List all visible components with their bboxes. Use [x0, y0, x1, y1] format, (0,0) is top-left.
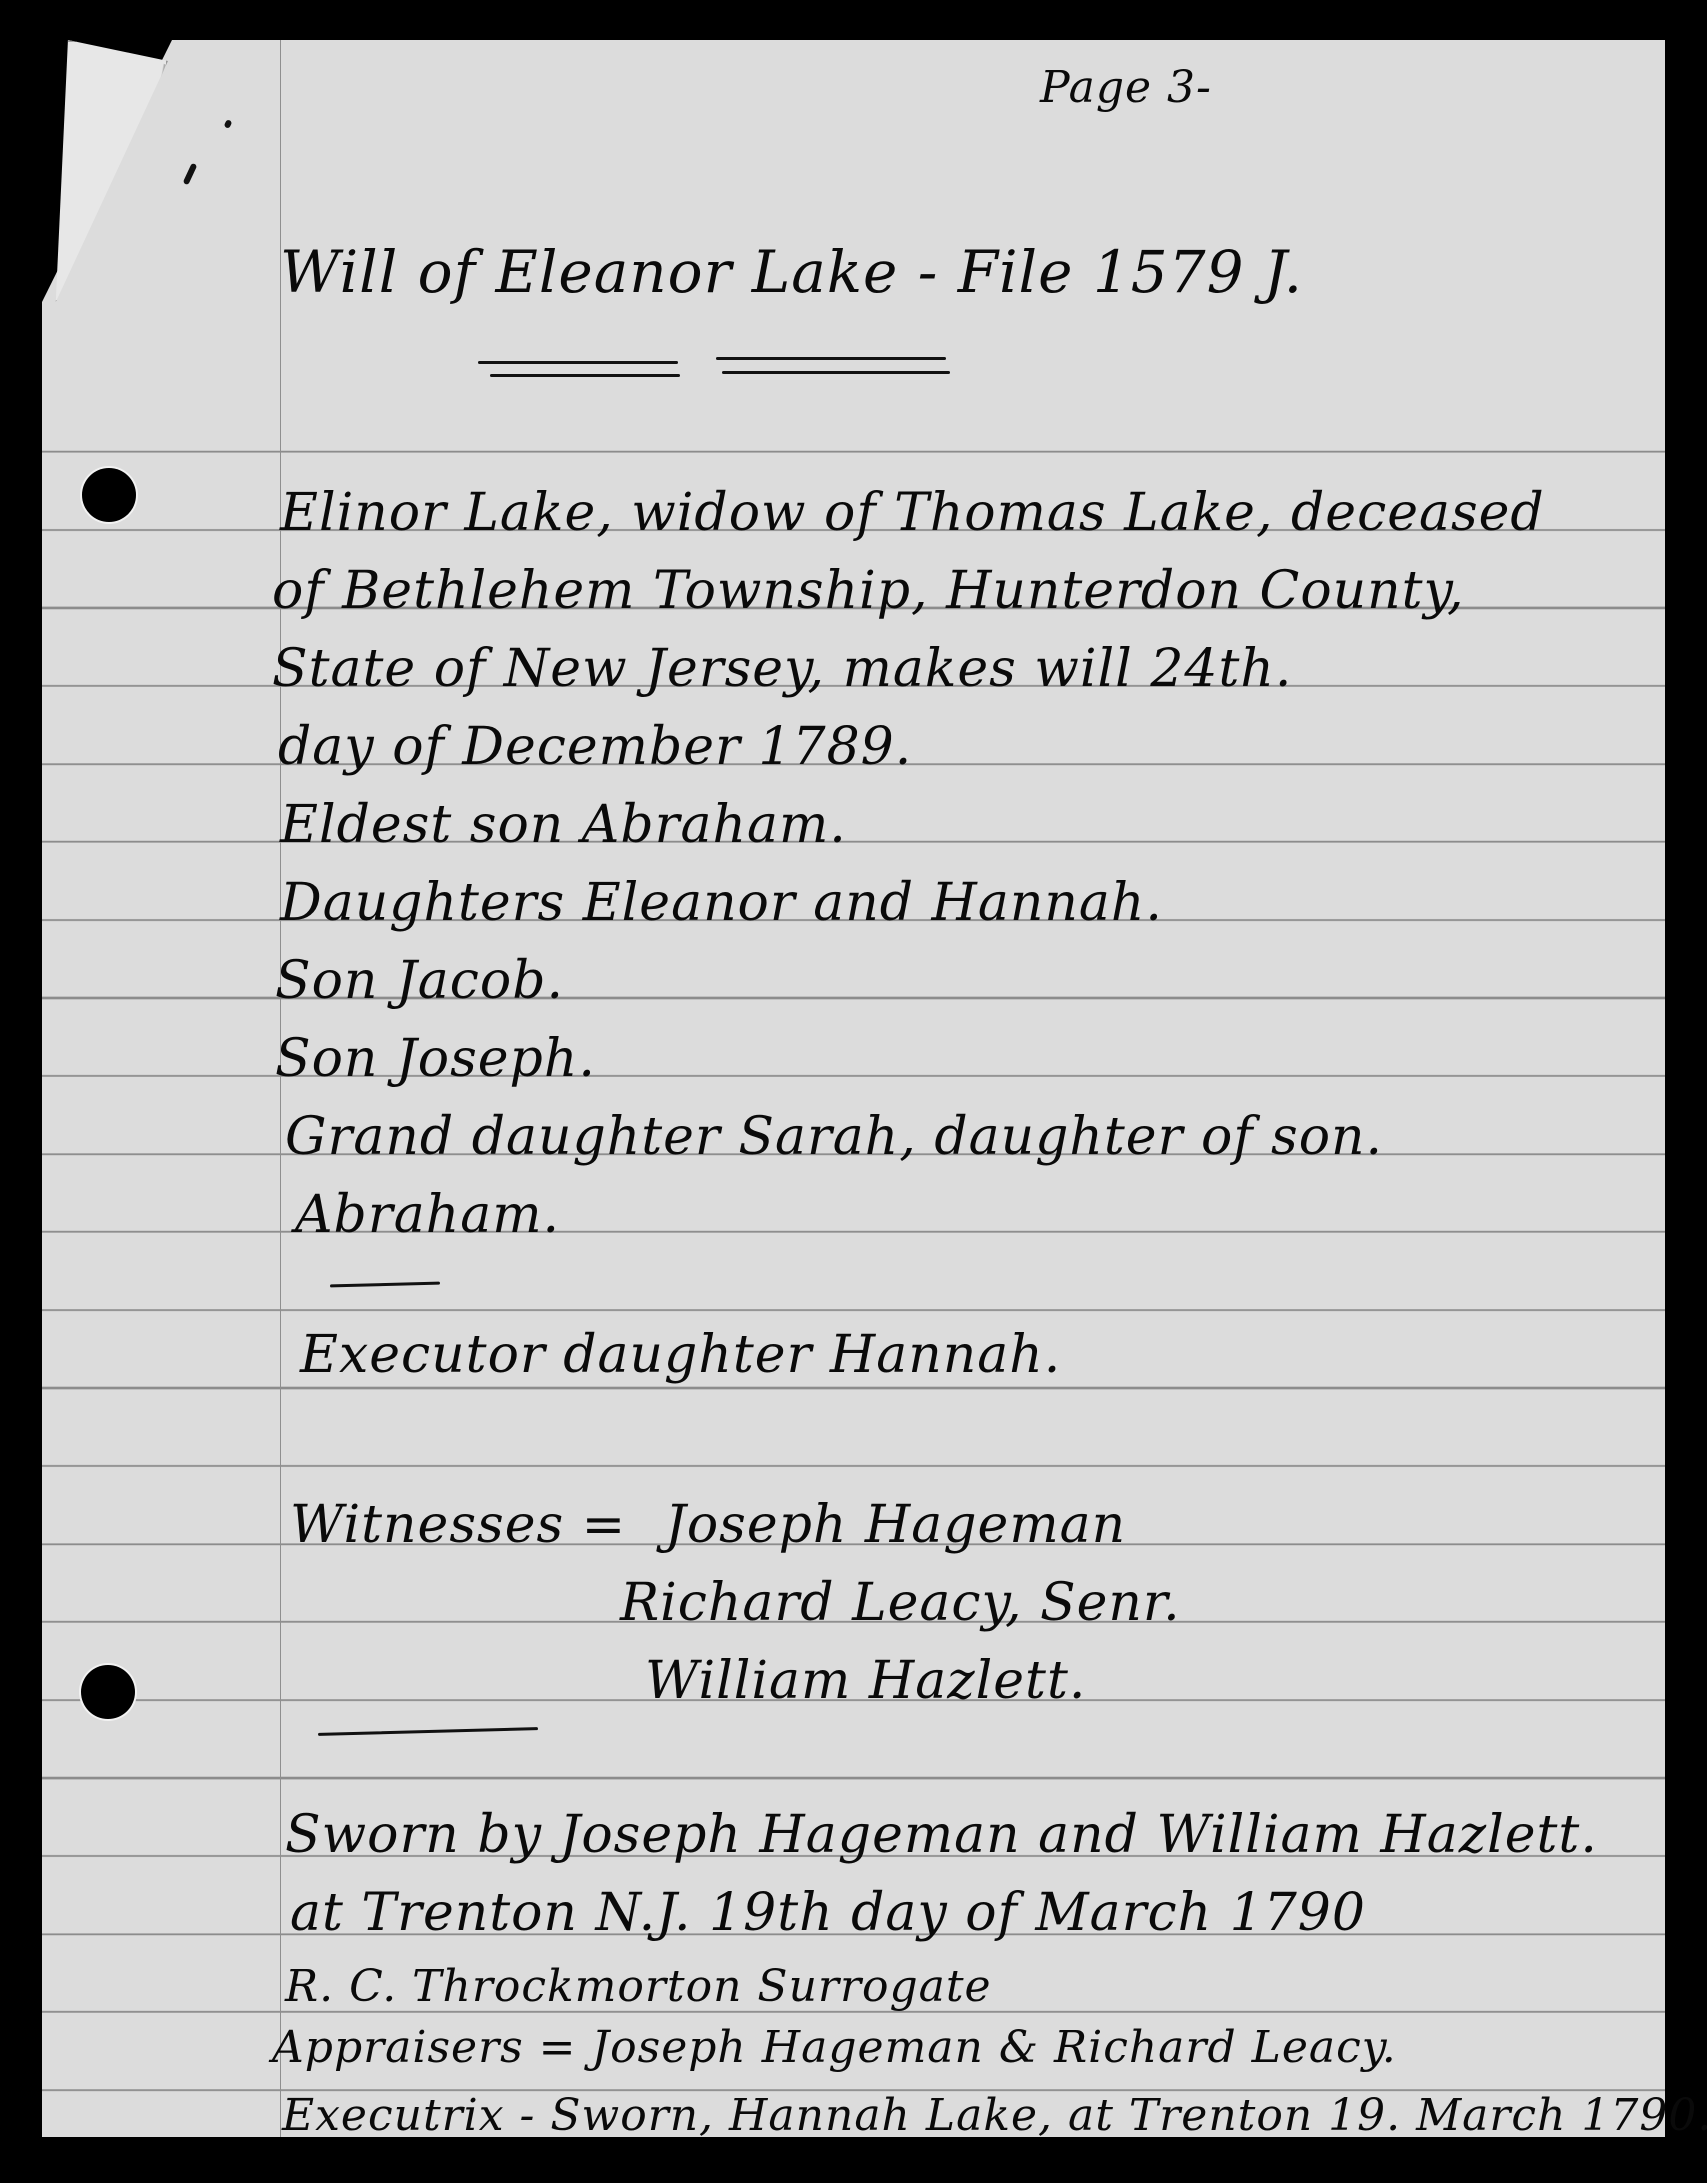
appraisers-line: Appraisers = Joseph Hageman & Richard Le…: [272, 2022, 1397, 2073]
body-line: Abraham.: [295, 1185, 560, 1245]
surrogate-line: R. C. Throckmorton Surrogate: [285, 1961, 992, 2012]
body-line: Eldest son Abraham.: [280, 795, 847, 855]
probate-line: at Trenton N.J. 19th day of March 1790: [290, 1883, 1366, 1943]
punch-hole-top: [82, 468, 136, 522]
body-line: day of December 1789.: [278, 717, 912, 777]
body-line: Grand daughter Sarah, daughter of son.: [285, 1107, 1383, 1167]
witness-name: Joseph Hageman: [665, 1495, 1126, 1555]
body-line: Daughters Eleanor and Hannah.: [280, 873, 1163, 933]
title-underline: [722, 371, 950, 374]
witnesses-label: Witnesses =: [290, 1495, 626, 1555]
executrix-line: Executrix - Sworn, Hannah Lake, at Trent…: [282, 2090, 1707, 2141]
witness-name: Richard Leacy, Senr.: [620, 1573, 1181, 1633]
title-underline: [478, 361, 678, 364]
body-line: Son Joseph.: [275, 1029, 596, 1089]
title-underline: [490, 374, 680, 377]
paper-header-area: [42, 40, 1665, 376]
title-underline: [716, 357, 946, 360]
body-line: of Bethlehem Township, Hunterdon County,: [272, 561, 1465, 621]
executor-line: Executor daughter Hannah.: [300, 1325, 1061, 1385]
page-number: Page 3-: [1040, 62, 1212, 113]
body-line: Son Jacob.: [275, 951, 564, 1011]
document-title: Will of Eleanor Lake - File 1579 J.: [280, 238, 1303, 306]
witness-name: William Hazlett.: [645, 1651, 1086, 1711]
probate-line: Sworn by Joseph Hageman and William Hazl…: [285, 1805, 1598, 1865]
body-line: Elinor Lake, widow of Thomas Lake, decea…: [280, 483, 1545, 543]
body-line: State of New Jersey, makes will 24th.: [272, 639, 1292, 699]
punch-hole-bottom: [81, 1665, 135, 1719]
